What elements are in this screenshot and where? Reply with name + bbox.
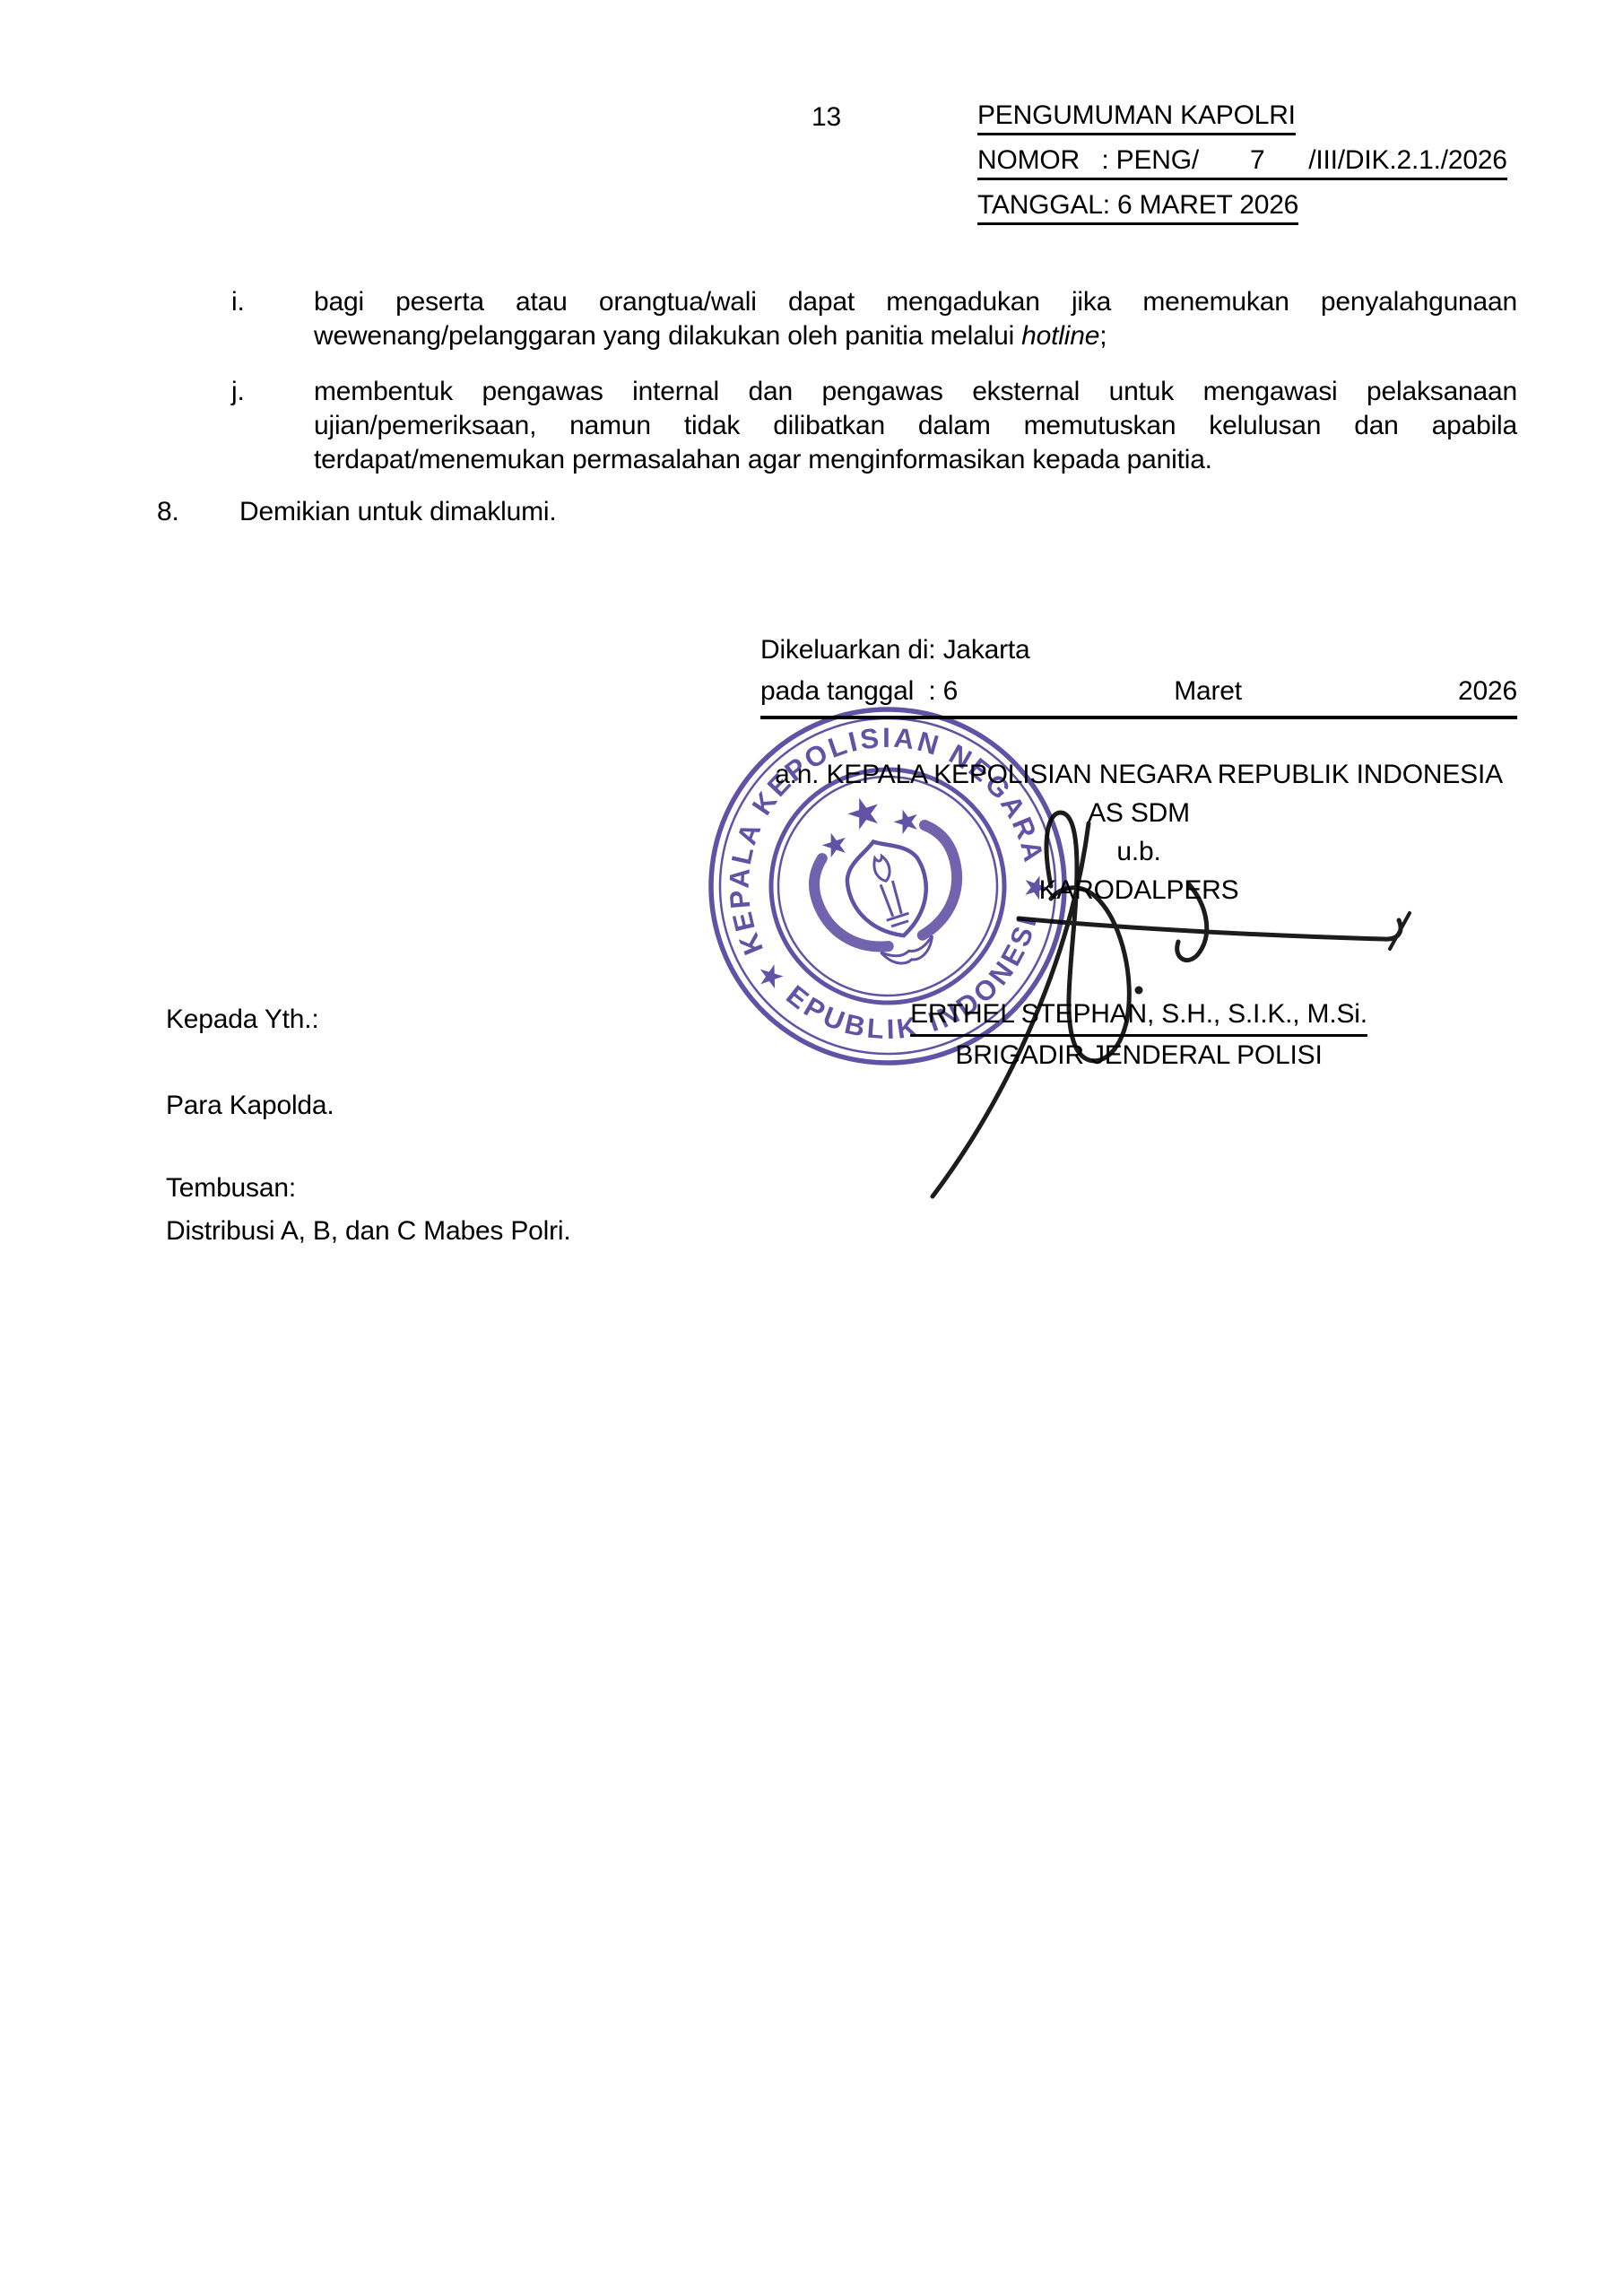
kepada-label: Kepada Yth.: <box>166 1003 319 1037</box>
item-j-line3: terdapat/menemukan permasalahan agar men… <box>314 443 1517 477</box>
item-i-label: i. <box>231 285 245 319</box>
closing-number: 8. <box>157 495 179 529</box>
emblem-ribbon <box>881 935 937 969</box>
police-stamp: ★ KEPALA KEPOLISIAN NEGARA ★ REPUBLIK IN… <box>690 689 1085 1083</box>
item-i-text: bagi peserta atau orangtua/wali dapat me… <box>314 285 1517 353</box>
page-number: 13 <box>811 100 841 135</box>
issued-month: Maret <box>1174 674 1242 709</box>
tembusan-label: Tembusan: <box>166 1171 296 1205</box>
item-i-line2-text: wewenang/pelanggaran yang dilakukan oleh… <box>314 321 1021 351</box>
item-j-line1: membentuk pengawas internal dan pengawas… <box>314 375 1517 409</box>
stamp-emblem-icon: ★ ★ ★ <box>788 769 980 983</box>
item-j-line2: ujian/pemeriksaan, namun tidak dilibatka… <box>314 409 1517 443</box>
document-header: PENGUMUMAN KAPOLRI NOMOR : PENG/ 7 /III/… <box>977 99 1507 233</box>
item-i-line1: bagi peserta atau orangtua/wali dapat me… <box>314 285 1517 319</box>
item-i-line2: wewenang/pelanggaran yang dilakukan oleh… <box>314 319 1517 353</box>
emblem-star-right: ★ <box>887 799 925 843</box>
emblem-star-center: ★ <box>839 785 889 840</box>
item-i-line2-punct: ; <box>1099 321 1107 351</box>
issued-year: 2026 <box>1458 674 1517 709</box>
document-page: 13 PENGUMUMAN KAPOLRI NOMOR : PENG/ 7 /I… <box>0 0 1623 2296</box>
item-i-hotline: hotline <box>1021 321 1099 351</box>
item-j-text: membentuk pengawas internal dan pengawas… <box>314 375 1517 477</box>
header-tanggal: TANGGAL: 6 MARET 2026 <box>977 190 1298 225</box>
police-stamp-seal-icon: ★ KEPALA KEPOLISIAN NEGARA ★ REPUBLIK IN… <box>690 689 1085 1083</box>
emblem-wreath-left <box>805 848 889 963</box>
kepada-target: Para Kapolda. <box>166 1089 334 1123</box>
closing-text: Demikian untuk dimaklumi. <box>239 495 556 529</box>
item-j-label: j. <box>231 375 245 409</box>
issued-place: Dikeluarkan di: Jakarta <box>760 633 1030 667</box>
header-title: PENGUMUMAN KAPOLRI <box>977 100 1296 135</box>
emblem-flame <box>872 855 893 883</box>
emblem-torch <box>875 879 911 927</box>
header-nomor: NOMOR : PENG/ 7 /III/DIK.2.1./2026 <box>977 145 1507 180</box>
tembusan-target: Distribusi A, B, dan C Mabes Polri. <box>166 1214 571 1248</box>
